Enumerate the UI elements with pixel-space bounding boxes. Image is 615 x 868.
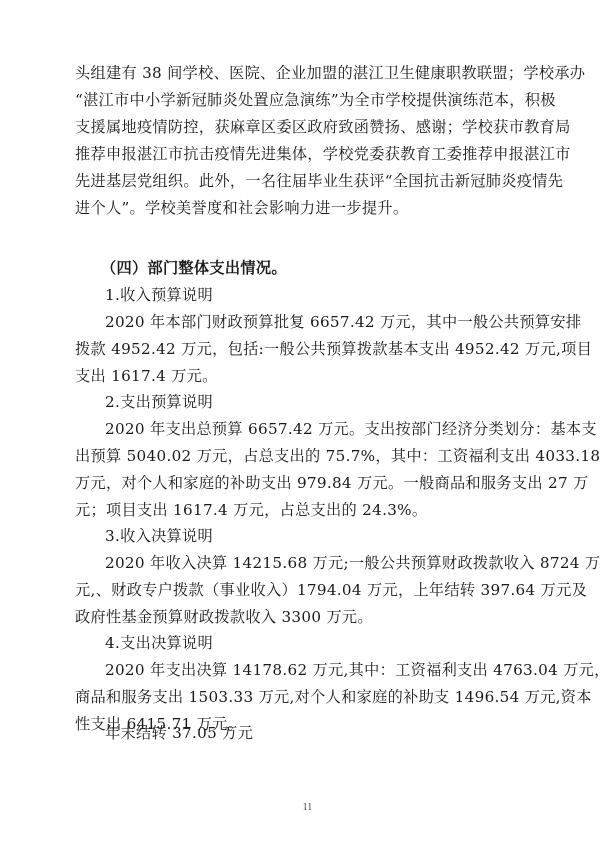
section-heading: （四）部门整体支出情况。 [101, 258, 287, 278]
paragraph-line: 头组建有 38 间学校、医院、企业加盟的湛江卫生健康职教联盟；学校承办 [75, 63, 540, 83]
paragraph-line: 推荐申报湛江市抗击疫情先进集体，学校党委获教育工委推荐申报湛江市 [75, 144, 540, 164]
paragraph-line: 2020 年支出决算 14178.62 万元,其中：工资福利支出 4763.04… [105, 660, 540, 680]
paragraph-line: 2020 年本部门财政预算批复 6657.42 万元，其中一般公共预算安排 [105, 312, 540, 332]
paragraph-line: 2020 年支出总预算 6657.42 万元。支出按部门经济分类划分：基本支 [105, 419, 540, 439]
closing-line: 年末结转 37.05 万元 [105, 723, 253, 743]
paragraph-line: 支援属地疫情防控，获麻章区委区政府致函赞扬、感谢；学校获市教育局 [75, 117, 540, 137]
paragraph-line: 元；项目支出 1617.4 万元，占总支出的 24.3%。 [75, 500, 540, 520]
paragraph-line: 出预算 5040.02 万元，占总支出的 75.7%，其中：工资福利支出 403… [75, 446, 540, 466]
subsection-title: 1.收入预算说明 [105, 285, 213, 305]
paragraph-line: 支出 1617.4 万元。 [75, 366, 540, 386]
paragraph-line: 万元，对个人和家庭的补助支出 979.84 万元。一般商品和服务支出 27 万 [75, 473, 540, 493]
page-number: 11 [0, 802, 615, 813]
paragraph-line: “湛江市中小学新冠肺炎处置应急演练”为全市学校提供演练范本，积极 [75, 90, 540, 110]
paragraph-line: 先进基层党组织。此外，一名往届毕业生获评“全国抗击新冠肺炎疫情先 [75, 171, 540, 191]
subsection-title: 4.支出决算说明 [105, 633, 213, 653]
paragraph-line: 2020 年收入决算 14215.68 万元;一般公共预算财政拨款收入 8724… [105, 553, 540, 573]
paragraph-line: 商品和服务支出 1503.33 万元,对个人和家庭的补助支 1496.54 万元… [75, 687, 540, 707]
paragraph-line: 政府性基金预算财政拨款收入 3300 万元。 [75, 607, 540, 627]
paragraph-line: 进个人”。学校美誉度和社会影响力进一步提升。 [75, 198, 540, 218]
paragraph-line: 元,、财政专户拨款（事业收入）1794.04 万元，上年结转 397.64 万元… [75, 580, 540, 600]
paragraph-line: 拨款 4952.42 万元，包括:一般公共预算拨款基本支出 4952.42 万元… [75, 339, 540, 359]
subsection-title: 2.支出预算说明 [105, 392, 213, 412]
document-page: 头组建有 38 间学校、医院、企业加盟的湛江卫生健康职教联盟；学校承办 “湛江市… [0, 0, 615, 868]
subsection-title: 3.收入决算说明 [105, 526, 213, 546]
